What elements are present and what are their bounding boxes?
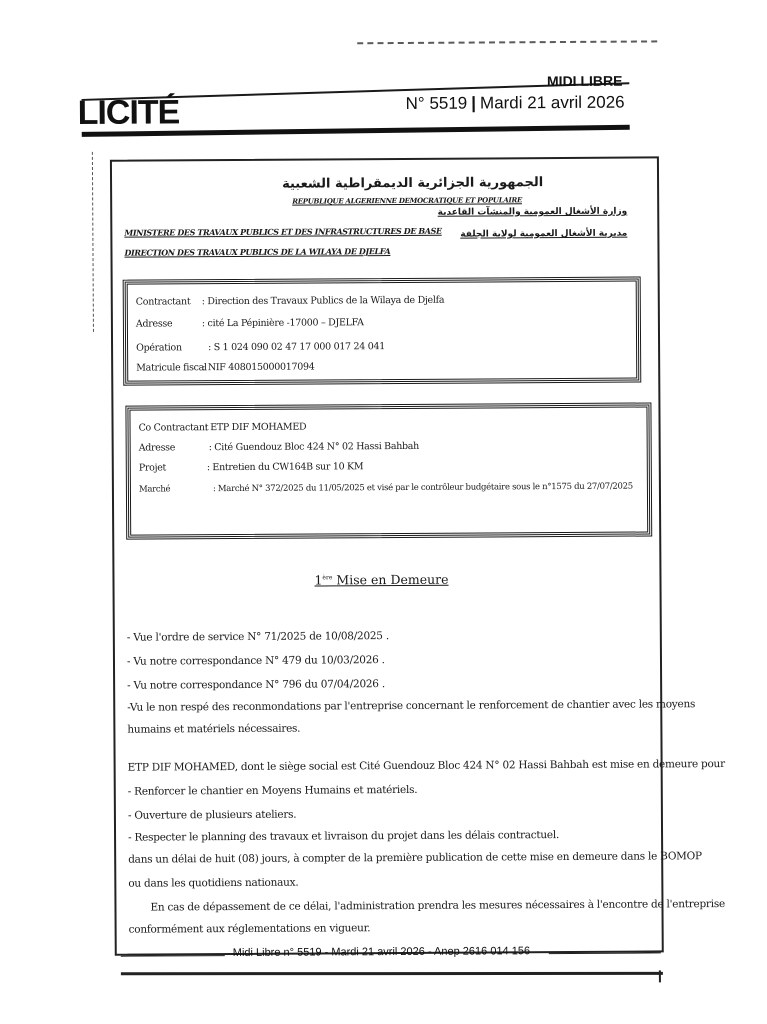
official-header: الجمهورية الجزائرية الديمقراطية الشعبية … — [112, 158, 657, 161]
body-line: dans un délai de huit (08) jours, à comp… — [128, 850, 702, 866]
footer-rule-left — [121, 955, 225, 957]
section-title: LICITÉ — [78, 93, 180, 133]
ministry-name: MINISTERE DES TRAVAUX PUBLICS ET DES INF… — [124, 226, 441, 238]
project-row: Projet: Entretien du CW164B sur 10 KM — [139, 461, 364, 473]
address-row: Adresse: cité La Pépinière -17000 – DJEL… — [136, 317, 364, 329]
co-address-row: Adresse: Cité Guendouz Bloc 424 N° 02 Ha… — [139, 441, 419, 454]
paper-name: MIDI LIBRE — [547, 73, 623, 89]
co-contractant-row: Co Contractant: ETP DIF MOHAMED — [139, 422, 307, 434]
consideration-line: - Vue l'ordre de service N° 71/2025 de 1… — [127, 630, 389, 644]
closing-line: En cas de dépassement de ce délai, l'adm… — [128, 898, 725, 914]
bottom-rule — [121, 972, 663, 975]
closing-line: conformément aux réglementations en vigu… — [129, 922, 371, 936]
body-line: - Respecter le planning des travaux et l… — [128, 829, 559, 844]
footer-text: Midi Libre n° 5519 - Mardi 21 avril 2026… — [233, 945, 530, 959]
footer-rule-right — [549, 952, 661, 954]
arabic-republic-title: الجمهورية الجزائرية الديمقراطية الشعبية — [282, 175, 543, 192]
cut-line — [357, 40, 657, 44]
co-contractant-box: Co Contractant: ETP DIF MOHAMED Adresse:… — [125, 402, 652, 539]
body-line: - Ouverture de plusieurs ateliers. — [128, 809, 297, 823]
arabic-ministry-name: وزارة الأشغال العمومية والمنشآت القاعدية — [438, 207, 628, 218]
fiscal-id-row: Matricule fiscal: NIF 408015000017094 — [136, 362, 314, 374]
announcement-frame: الجمهورية الجزائرية الديمقراطية الشعبية … — [110, 156, 664, 955]
consideration-line: - Vu notre correspondance N° 796 du 07/0… — [127, 678, 385, 692]
consideration-line: - Vu notre correspondance N° 479 du 10/0… — [127, 654, 385, 668]
body-line: ETP DIF MOHAMED, dont le siège social es… — [128, 758, 725, 774]
issue-date: Mardi 21 avril 2026 — [480, 93, 625, 113]
notice-title: 1ère Mise en Demeure — [314, 572, 448, 588]
issue-line: N° 5519|Mardi 21 avril 2026 — [406, 93, 625, 114]
body-line: - Renforcer le chantier en Moyens Humain… — [128, 784, 418, 798]
operation-row: Opération: S 1 024 090 02 47 17 000 017 … — [136, 341, 385, 354]
bottom-rule-tick — [659, 970, 661, 982]
newspaper-page: LICITÉ MIDI LIBRE N° 5519|Mardi 21 avril… — [0, 0, 767, 1024]
arabic-direction-name: مديرية الأشغال العمومية لولاية الجلفة — [460, 229, 627, 240]
separator: | — [471, 94, 476, 113]
consideration-line: humains et matériels nécessaires. — [127, 723, 300, 737]
direction-name: DIRECTION DES TRAVAUX PUBLICS DE LA WILA… — [124, 246, 390, 258]
consideration-line: -Vu le non respé des reconmondations par… — [127, 698, 695, 714]
issue-number: N° 5519 — [406, 94, 468, 113]
margin-line — [92, 152, 94, 332]
french-republic-title: REPUBLIQUE ALGERIENNE DEMOCRATIQUE ET PO… — [292, 195, 522, 205]
contractant-row: Contractant: Direction des Travaux Publi… — [136, 295, 444, 308]
contract-row: Marché: Marché N° 372/2025 du 11/05/2025… — [139, 482, 633, 495]
contractant-box: Contractant: Direction des Travaux Publi… — [123, 277, 642, 386]
body-line: ou dans les quotidiens nationaux. — [128, 877, 298, 891]
page-footer: Midi Libre n° 5519 - Mardi 21 avril 2026… — [121, 944, 661, 967]
